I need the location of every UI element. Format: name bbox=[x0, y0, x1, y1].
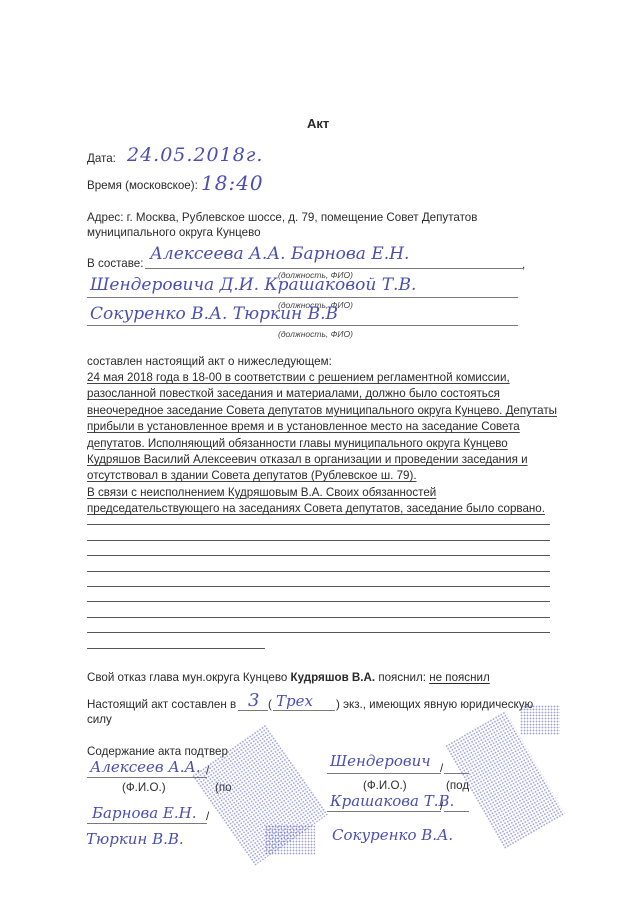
fio-caption: (Ф.И.О.) bbox=[363, 779, 407, 792]
copies-prefix: Настоящий акт составлен в bbox=[87, 698, 236, 711]
body-line: депутатов. Исполняющий обязанности главы… bbox=[87, 436, 557, 452]
composition-label: В составе: bbox=[87, 257, 143, 270]
refusal-prefix: Свой отказ глава мун.округа Кунцево bbox=[87, 671, 291, 684]
signer-line bbox=[327, 811, 441, 812]
signer-separator: / bbox=[206, 810, 209, 823]
document-title: Акт bbox=[307, 116, 329, 131]
copies-suffix: ) экз., имеющих явную юридическую bbox=[336, 698, 533, 711]
body-line: 24 мая 2018 года в 18-00 в соответствии … bbox=[87, 370, 557, 386]
blank-line bbox=[87, 524, 550, 525]
signer-name-handwritten: Барнова Е.Н. bbox=[92, 804, 197, 822]
body-line: разосланной повесткой заседания и матери… bbox=[87, 386, 557, 402]
composition-line-2 bbox=[87, 297, 518, 298]
refusal-middle: пояснил: bbox=[375, 671, 429, 684]
address-line-1: Адрес: г. Москва, Рублевское шоссе, д. 7… bbox=[87, 211, 477, 224]
body-line: отсутствовал в здании Совета депутатов (… bbox=[87, 468, 557, 484]
blank-line-short bbox=[87, 648, 265, 649]
signer-name-handwritten: Шендерович bbox=[330, 752, 431, 770]
time-label: Время (московское): bbox=[87, 179, 198, 192]
composition-comma: , bbox=[522, 258, 525, 271]
body-paragraph: 24 мая 2018 года в 18-00 в соответствии … bbox=[87, 370, 557, 518]
copies-number: 3 bbox=[248, 690, 259, 711]
copies-line-2: силу bbox=[87, 713, 112, 726]
blank-line bbox=[87, 617, 550, 618]
signature-scribble bbox=[265, 825, 315, 855]
blank-line bbox=[87, 540, 550, 541]
refusal-statement: Свой отказ глава мун.округа Кунцево Кудр… bbox=[87, 671, 490, 684]
body-line: В связи с неисполнением Кудряшовым В.А. … bbox=[87, 485, 557, 501]
fio-caption: (Ф.И.О.) bbox=[122, 781, 166, 794]
body-line: внеочередное заседание Совета депутатов … bbox=[87, 403, 557, 419]
blank-line bbox=[87, 571, 550, 572]
copies-words: Трех bbox=[276, 692, 313, 710]
composition-line-1 bbox=[145, 268, 523, 269]
blank-line bbox=[87, 632, 550, 633]
composition-handwritten-3: Сокуренко В.А. Тюркин В.В bbox=[90, 304, 338, 324]
copies-words-line bbox=[273, 710, 335, 711]
refusal-answer: не пояснил bbox=[429, 671, 490, 684]
blank-line bbox=[87, 601, 550, 602]
blank-line bbox=[87, 586, 550, 587]
signer-separator: / bbox=[440, 800, 443, 813]
signer-name-handwritten: Алексеев А.А. bbox=[90, 758, 201, 776]
body-line: прибыли в установленное время и в устано… bbox=[87, 419, 557, 435]
confirmation-label: Содержание акта подтвер bbox=[87, 745, 228, 758]
signer-separator: / bbox=[440, 762, 443, 775]
composition-caption-3: (должность, ФИО) bbox=[278, 329, 353, 339]
signer-name-handwritten: Крашакова Т.В. bbox=[330, 792, 454, 810]
blank-line bbox=[87, 555, 550, 556]
composition-handwritten-2: Шендеровича Д.И. Крашаковой Т.В. bbox=[90, 275, 416, 295]
time-value: 18:40 bbox=[201, 171, 264, 195]
body-line: Кудряшов Василий Алексеевич отказал в ор… bbox=[87, 452, 557, 468]
composition-handwritten-1: Алексеева А.А. Барнова Е.Н. bbox=[150, 244, 409, 264]
date-label: Дата: bbox=[87, 152, 116, 165]
signer-line bbox=[87, 823, 207, 824]
refusal-name: Кудряшов В.А. bbox=[291, 671, 376, 684]
copies-open-paren: ( bbox=[268, 698, 272, 711]
date-value: 24.05.2018г. bbox=[127, 144, 263, 166]
signer-name-handwritten: Сокуренко В.А. bbox=[332, 826, 453, 844]
body-intro: составлен настоящий акт о нижеследующем: bbox=[87, 354, 332, 370]
signer-line bbox=[87, 777, 207, 778]
body-line: председательствующего на заседаниях Сове… bbox=[87, 501, 557, 517]
signature-scribble bbox=[520, 705, 560, 735]
signer-line bbox=[327, 773, 441, 774]
signature-line bbox=[444, 811, 469, 812]
composition-line-3 bbox=[87, 325, 518, 326]
address-line-2: муниципального округа Кунцево bbox=[87, 226, 261, 239]
signer-name-handwritten: Тюркин В.В. bbox=[86, 830, 184, 848]
